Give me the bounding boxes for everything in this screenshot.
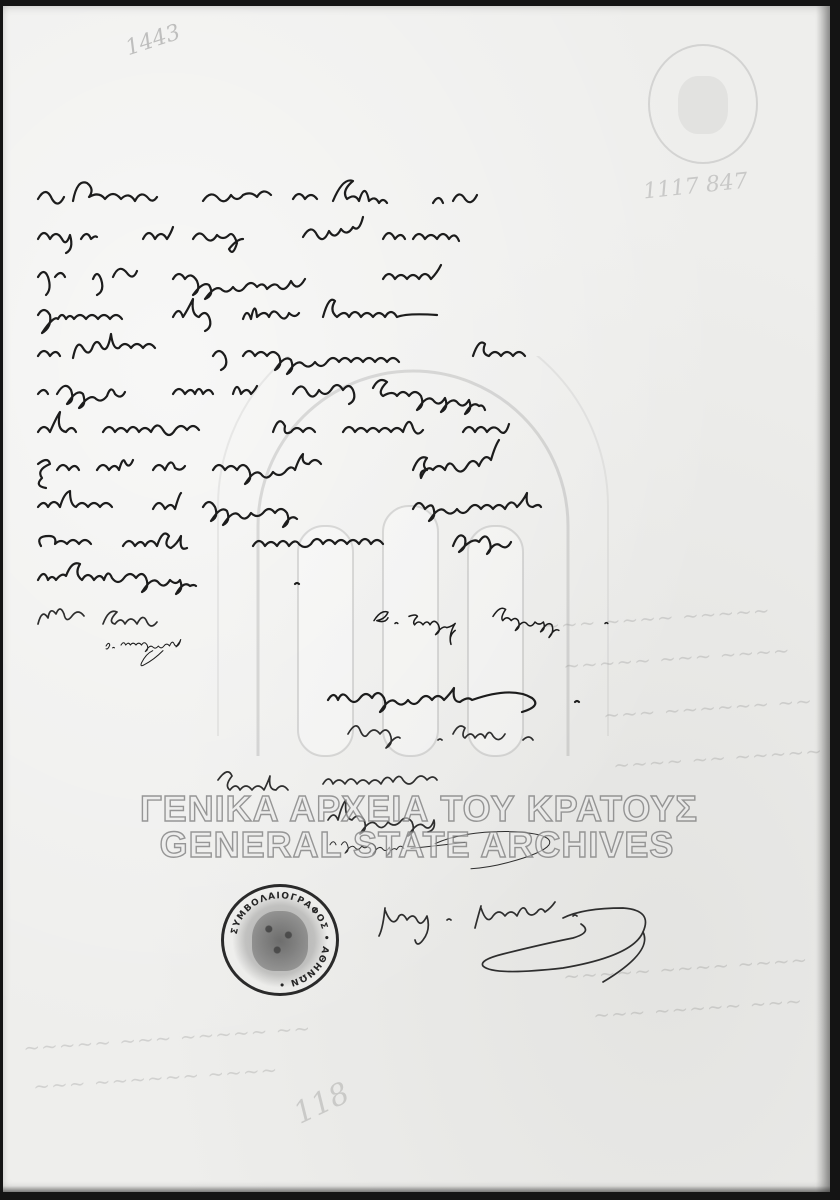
handwritten-line: Body line 9 (handwritten Greek cursive) bbox=[33, 481, 683, 523]
handwritten-signature: Left signature line 2 (handwritten) bbox=[33, 632, 293, 674]
handwritten-line: Body line 3 (handwritten Greek cursive) bbox=[33, 251, 673, 293]
handwritten-signature: Signature: initials (handwritten) bbox=[343, 712, 543, 754]
bleed-through-text: ~~~~ ~~ ~~~~~ bbox=[612, 739, 823, 778]
handwritten-line: Body line 1 (handwritten Greek cursive) bbox=[33, 171, 673, 213]
archive-number-mark: 1443 bbox=[123, 20, 184, 61]
bleed-through-text: ~~~ ~~~~~~ ~~ bbox=[602, 689, 813, 728]
watermark-english: GENERAL STATE ARCHIVES bbox=[3, 824, 830, 866]
handwritten-line: Body line 11 (handwritten Greek cursive) bbox=[33, 554, 333, 596]
official-seal-icon: ΣΥΜΒΟΛΑΙΟΓΡΑΦΟΣ • ΑΘΗΝΩΝ • bbox=[221, 884, 339, 996]
handwritten-line: Body line 7 (handwritten Greek cursive) bbox=[33, 404, 673, 446]
handwritten-line: Body line 8 (handwritten Greek cursive) bbox=[33, 442, 673, 484]
handwritten-line: Body line 6 (handwritten Greek cursive) bbox=[33, 366, 673, 408]
scan-frame: 1443 1117 847 118 ~~~ ~~~~ ~~~~~ ~~~~~ ~… bbox=[0, 0, 840, 1200]
page-bottom-edge bbox=[3, 1186, 830, 1192]
handwritten-line: Body line 2 (handwritten Greek cursive) bbox=[33, 211, 673, 253]
handwritten-signature: Signature: name (handwritten) bbox=[313, 601, 673, 643]
coat-of-arms-icon bbox=[252, 911, 308, 971]
handwritten-line: Body line 5 (handwritten Greek cursive) bbox=[33, 328, 673, 370]
bleed-through-text: ~~~~~ ~~~ ~~~~~ ~~ bbox=[23, 1016, 312, 1060]
handwritten-line: Body line 4 (handwritten Greek cursive) bbox=[33, 289, 673, 331]
handwritten-signature: Signature: title/office (handwritten) bbox=[323, 674, 603, 716]
faint-archive-stamp-icon bbox=[648, 44, 758, 164]
folio-number-mark: 118 bbox=[288, 1076, 355, 1132]
bleed-through-text: ~~~ ~~~~~~ ~~~~ bbox=[32, 1057, 279, 1098]
final-signature: Final signature with flourish (handwritt… bbox=[373, 896, 673, 996]
document-page: 1443 1117 847 118 ~~~ ~~~~ ~~~~~ ~~~~~ ~… bbox=[3, 6, 830, 1192]
page-edge-shadow bbox=[816, 6, 830, 1192]
